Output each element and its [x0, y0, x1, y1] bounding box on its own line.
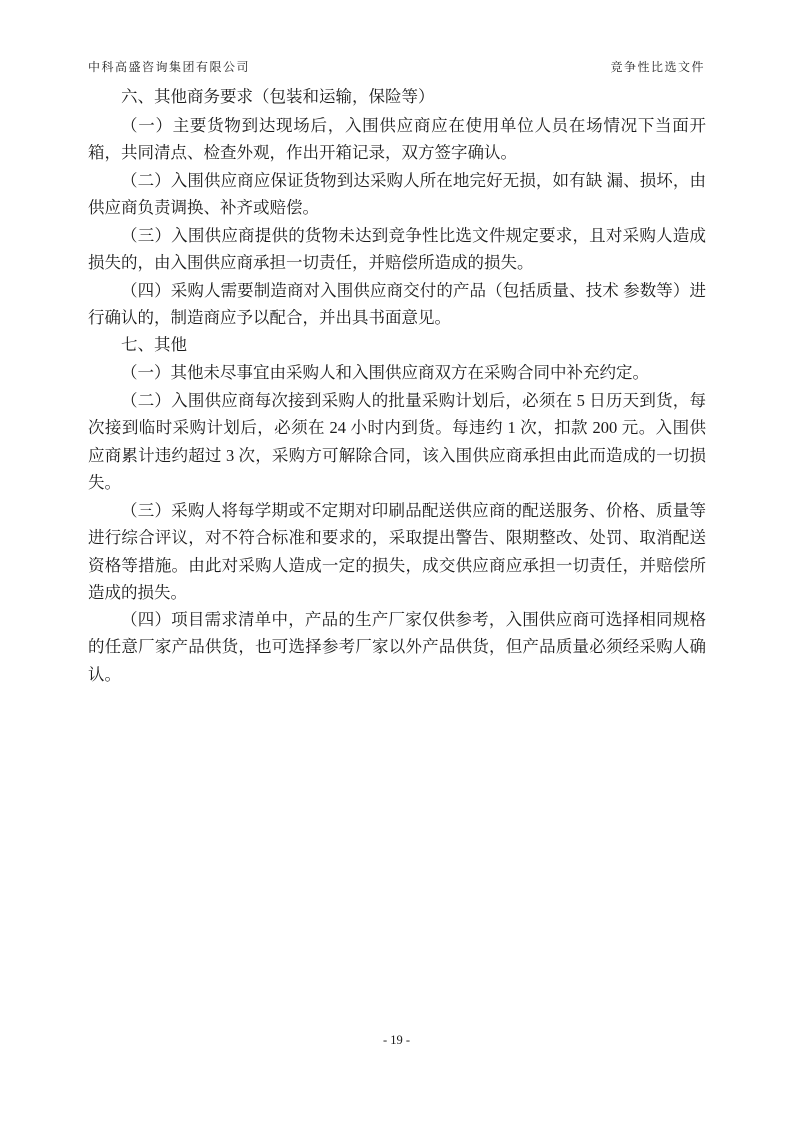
document-page: 中科高盛咨询集团有限公司 竞争性比选文件 六、其他商务要求（包装和运输，保险等）…	[0, 0, 793, 1122]
section-7-paragraph-2: （二）入围供应商每次接到采购人的批量采购计划后，必须在 5 日历天到货，每次接到…	[88, 387, 706, 497]
page-number: - 19 -	[383, 1033, 410, 1047]
section-7-paragraph-4-bold: （四）项目需求清单中，产品的生产厂家仅供参考，入围供应商可选择相同规格的任意厂家…	[88, 607, 706, 690]
section-7-heading: 七、其他	[88, 332, 706, 360]
section-7-paragraph-1: （一）其他未尽事宜由采购人和入围供应商双方在采购合同中补充约定。	[88, 359, 706, 387]
section-7-paragraph-3: （三）采购人将每学期或不定期对印刷品配送供应商的配送服务、价格、质量等进行综合评…	[88, 497, 706, 607]
section-6-heading: 六、其他商务要求（包装和运输，保险等）	[88, 84, 706, 112]
document-body: 六、其他商务要求（包装和运输，保险等） （一）主要货物到达现场后，入围供应商应在…	[88, 84, 706, 689]
header-document-type: 竞争性比选文件	[610, 58, 705, 75]
page-footer: - 19 -	[0, 1033, 793, 1048]
section-6-paragraph-2: （二）入围供应商应保证货物到达采购人所在地完好无损，如有缺 漏、损坏，由供应商负…	[88, 167, 706, 222]
header-company-name: 中科高盛咨询集团有限公司	[88, 58, 250, 75]
section-6-paragraph-1: （一）主要货物到达现场后，入围供应商应在使用单位人员在场情况下当面开箱，共同清点…	[88, 112, 706, 167]
section-6-paragraph-3: （三）入围供应商提供的货物未达到竞争性比选文件规定要求，且对采购人造成损失的，由…	[88, 222, 706, 277]
section-6-paragraph-4: （四）采购人需要制造商对入围供应商交付的产品（包括质量、技术 参数等）进行确认的…	[88, 277, 706, 332]
page-header: 中科高盛咨询集团有限公司 竞争性比选文件	[88, 58, 705, 75]
